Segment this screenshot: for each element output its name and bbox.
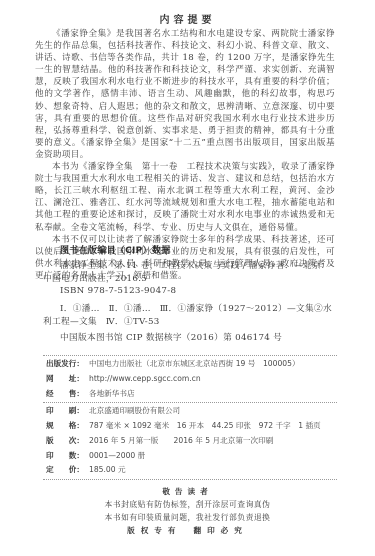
printer-value: 北京盛通印刷股份有限公司 (89, 405, 180, 417)
copyright-reserved: 版权专有 (127, 526, 181, 535)
summary-paragraph: 本书为《潘家铮全集 第十一卷 工程技术决策与实践》，收录了潘家铮院士与我国重大水… (35, 161, 335, 234)
cip-record-text: 潘家铮全集．第 11 卷，工程技术决策与实践 / 潘家铮著．—北京：中国电力出版… (43, 260, 333, 285)
dotted-divider (43, 479, 337, 480)
publisher-value: 中国电力出版社（北京市东城区北京站西街 19 号 100005） (89, 358, 300, 370)
website-value: http://www.cepp.sgcc.com.cn (89, 373, 201, 385)
notice-line-returns: 本书如有印装质量问题，我社发行部负责退换 (0, 511, 375, 524)
copies-label: 印 数： (46, 450, 89, 462)
printer-label: 印 刷： (46, 405, 89, 417)
format-label: 规 格： (46, 420, 89, 432)
copying-prohibited: 翻印必究 (194, 526, 248, 535)
publisher-row: 出版发行：中国电力出版社（北京市东城区北京站西街 19 号 100005） (46, 358, 300, 370)
price-row: 定 价：185.00 元 (46, 464, 126, 476)
distributor-value: 各地新华书店 (89, 388, 135, 400)
format-row: 规 格：787 毫米 × 1092 毫米 16 开本 44.25 印张 972 … (46, 420, 321, 432)
reader-notice: 敬告读者 本书封底贴有防伪标签，刮开涂层可查询真伪 本书如有印装质量问题，我社发… (0, 485, 375, 537)
website-label: 网 址： (46, 373, 89, 385)
cip-classification: Ⅰ．①潘… Ⅱ．①潘… Ⅲ．①潘家铮（1927～2012）—文集②水利工程—文集… (43, 303, 333, 328)
website-row: 网 址：http://www.cepp.sgcc.com.cn (46, 373, 201, 385)
publisher-label: 出版发行： (46, 358, 89, 370)
distributor-row: 经 售：各地新华书店 (46, 388, 135, 400)
dotted-divider (43, 402, 337, 403)
distributor-label: 经 售： (46, 388, 89, 400)
price-label: 定 价： (46, 464, 89, 476)
cip-core-number: 中国版本图书馆 CIP 数据核字（2016）第 046174 号 (43, 332, 333, 345)
edition-value: 2016 年 5 月第一版 2016 年 5 月北京第一次印刷 (89, 435, 273, 447)
cip-isbn: ISBN 978-7-5123-9047-8 (43, 285, 333, 298)
notice-line-anticounterfeit: 本书封底贴有防伪标签，刮开涂层可查询真伪 (0, 498, 375, 511)
cip-core-number-text: 中国版本图书馆 CIP 数据核字（2016）第 046174 号 (43, 332, 333, 345)
dotted-divider (43, 355, 337, 356)
cip-heading: 图书在版编目（CIP）数据 (60, 243, 170, 256)
edition-row: 版 次：2016 年 5 月第一版 2016 年 5 月北京第一次印刷 (46, 435, 273, 447)
price-value: 185.00 元 (89, 464, 126, 476)
notice-title: 敬告读者 (0, 485, 375, 498)
copies-row: 印 数：0001—2000 册 (46, 450, 145, 462)
cip-record: 潘家铮全集．第 11 卷，工程技术决策与实践 / 潘家铮著．—北京：中国电力出版… (43, 260, 333, 298)
edition-label: 版 次： (46, 435, 89, 447)
summary-paragraph: 《潘家铮全集》是我国著名水工结构和水电建设专家、两院院士潘家铮先生的作品总集，包… (35, 28, 335, 161)
copyright-statement: 版权专有翻印必究 (0, 524, 375, 537)
summary-title: 内容提要 (0, 11, 375, 26)
copies-value: 0001—2000 册 (89, 450, 145, 462)
printer-row: 印 刷：北京盛通印刷股份有限公司 (46, 405, 180, 417)
format-value: 787 毫米 × 1092 毫米 16 开本 44.25 印张 972 千字 1… (89, 420, 321, 432)
cip-classification-text: Ⅰ．①潘… Ⅱ．①潘… Ⅲ．①潘家铮（1927～2012）—文集②水利工程—文集… (43, 303, 333, 328)
copyright-page: 内容提要 《潘家铮全集》是我国著名水工结构和水电建设专家、两院院士潘家铮先生的作… (0, 0, 375, 556)
